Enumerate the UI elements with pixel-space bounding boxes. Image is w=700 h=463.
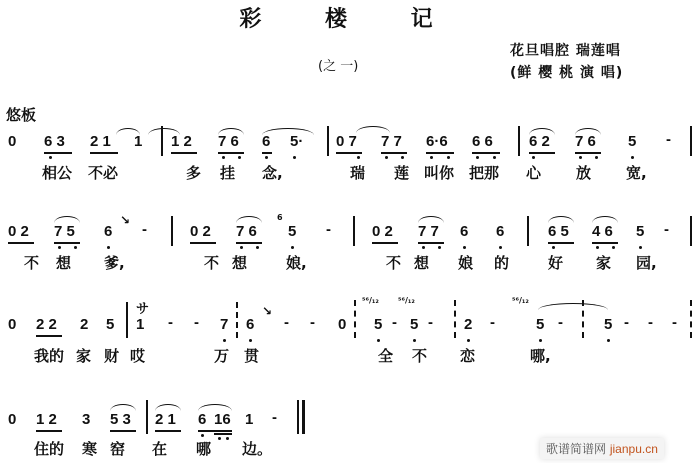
low-octave-dot: [579, 156, 582, 159]
lyric: 放: [576, 162, 591, 183]
lyric: 不必: [88, 162, 118, 183]
song-subtitle: (之 一): [318, 55, 358, 74]
note: 5·: [290, 133, 303, 150]
lyric: 把那: [469, 162, 499, 183]
note: 16: [214, 411, 231, 428]
dashed-bar-line: [236, 302, 238, 338]
slur: [155, 404, 181, 411]
underline: [592, 242, 618, 244]
lyric: 财: [104, 345, 119, 366]
lyric: 哪,: [530, 345, 551, 366]
note: 7 7: [418, 223, 439, 240]
note: 7 6: [218, 133, 239, 150]
note: 0 2: [372, 223, 393, 240]
underline: [372, 242, 398, 244]
bar-line: [171, 216, 173, 246]
low-octave-dot: [377, 339, 380, 342]
underline: [418, 242, 444, 244]
note: 6 5: [548, 223, 569, 240]
low-octave-dot: [595, 156, 598, 159]
slur: [236, 216, 262, 223]
note: 0 7: [336, 133, 357, 150]
low-octave-dot: [631, 156, 634, 159]
low-octave-dot: [357, 156, 360, 159]
free-tempo-mark: サ: [136, 298, 149, 317]
low-octave-dot: [476, 156, 479, 159]
double-underline: [214, 433, 232, 435]
low-octave-dot: [385, 156, 388, 159]
low-octave-dot: [249, 339, 252, 342]
dash: -: [284, 314, 289, 331]
note: 6 6: [472, 133, 493, 150]
note: 0: [8, 316, 16, 333]
lyric: 瑞: [350, 162, 365, 183]
note: 5: [628, 133, 636, 150]
note: 6 2: [529, 133, 550, 150]
dash: -: [672, 314, 677, 331]
song-title: 彩 楼 记: [0, 2, 700, 33]
note: 7 5: [54, 223, 75, 240]
note: 1: [245, 411, 253, 428]
slur: [538, 303, 608, 310]
bar-line: [690, 126, 692, 156]
low-octave-dot: [447, 156, 450, 159]
bar-line: [353, 216, 355, 246]
underline: [110, 430, 136, 432]
note: 7 7: [381, 133, 402, 150]
underline: [90, 152, 118, 154]
note: 6: [246, 316, 254, 333]
lyric: 我的: [34, 345, 64, 366]
slur: [110, 404, 136, 411]
lyric: 哎: [130, 345, 145, 366]
dash: -: [272, 409, 277, 426]
slur: [592, 216, 618, 223]
dash: -: [664, 221, 669, 238]
note: 5: [536, 316, 544, 333]
low-octave-dot: [256, 246, 259, 249]
lyric: 娘,: [286, 252, 307, 273]
underline: [548, 242, 574, 244]
grace-notes: ⁵⁶/₁₂: [512, 296, 529, 305]
lyric: 娘: [458, 252, 473, 273]
low-octave-dot: [107, 246, 110, 249]
underline: [426, 152, 454, 154]
final-bar-line-thick: [302, 400, 305, 434]
lyric: 好: [548, 252, 563, 273]
slur: [54, 216, 80, 223]
note: 0: [338, 316, 346, 333]
bar-line: [327, 126, 329, 156]
underline: [171, 152, 197, 154]
lyric: 莲: [394, 162, 409, 183]
lyric: 恋: [460, 345, 475, 366]
underline: [54, 242, 80, 244]
lyric: 想: [232, 252, 247, 273]
note: 5: [410, 316, 418, 333]
note: 2: [80, 316, 88, 333]
bar-line: [126, 302, 128, 338]
lyric: 不: [386, 252, 401, 273]
underline: [155, 430, 181, 432]
lyric: 在: [152, 438, 167, 459]
underline: [218, 152, 244, 154]
low-octave-dot: [552, 246, 555, 249]
note: 5: [374, 316, 382, 333]
low-octave-dot: [467, 339, 470, 342]
grace-notes: ⁵⁶/₁₂: [398, 296, 415, 305]
note: 1: [136, 316, 144, 333]
low-octave-dot: [607, 339, 610, 342]
low-octave-dot: [612, 246, 615, 249]
credits-performer: (鲜 樱 桃 演 唱): [510, 62, 623, 84]
slur: [356, 126, 390, 133]
low-octave-dot: [438, 246, 441, 249]
bar-line: [690, 216, 692, 246]
dash: -: [428, 314, 433, 331]
credits-role: 花旦唱腔 瑞莲唱: [510, 40, 623, 62]
lyric: 不: [204, 252, 219, 273]
note: 6: [198, 411, 206, 428]
note: 4 6: [592, 223, 613, 240]
low-octave-dot: [413, 339, 416, 342]
note: 7 6: [236, 223, 257, 240]
note: 6: [460, 223, 468, 240]
underline: [36, 430, 62, 432]
lyric: 边。: [242, 438, 272, 459]
dash: -: [310, 314, 315, 331]
low-octave-dot: [539, 339, 542, 342]
lyric: 挂: [220, 162, 235, 183]
note: 5: [636, 223, 644, 240]
lyric: 相公: [42, 162, 72, 183]
note: 7: [220, 316, 228, 333]
lyric: 念,: [262, 162, 283, 183]
underline: [529, 152, 555, 154]
dashed-bar-line: [690, 300, 692, 338]
low-octave-dot: [238, 156, 241, 159]
lyric: 住的: [34, 438, 64, 459]
bar-line: [161, 126, 163, 156]
lyric: 心: [526, 162, 541, 183]
low-octave-dot: [201, 434, 204, 437]
lyric: 寒: [82, 438, 97, 459]
dash: -: [648, 314, 653, 331]
grace-notes: ⁵⁶/₁₂: [362, 296, 379, 305]
low-octave-dot: [596, 246, 599, 249]
low-octave-dot: [49, 156, 52, 159]
low-octave-dot: [499, 246, 502, 249]
lyric: 园,: [636, 252, 657, 273]
dash: -: [392, 314, 397, 331]
underline: [44, 152, 72, 154]
note: 6 3: [44, 133, 65, 150]
dash: -: [558, 314, 563, 331]
lyric: 宽,: [626, 162, 647, 183]
underline: [190, 242, 216, 244]
lyric: 不: [412, 345, 427, 366]
underline: [36, 335, 62, 337]
dashed-bar-line: [454, 300, 456, 338]
low-octave-dot: [293, 156, 296, 159]
dash: -: [666, 131, 671, 148]
note: 0: [8, 411, 16, 428]
low-octave-dot: [223, 339, 226, 342]
note: 2 2: [36, 316, 57, 333]
note: 3: [82, 411, 90, 428]
watermark-url[interactable]: jianpu.cn: [610, 442, 658, 456]
note: 5 3: [110, 411, 131, 428]
low-octave-dot: [74, 246, 77, 249]
final-bar-line: [297, 400, 299, 434]
bar-line: [518, 126, 520, 156]
note: 0 2: [8, 223, 29, 240]
note: 2 1: [90, 133, 111, 150]
low-octave-dot: [639, 246, 642, 249]
lyric: 窑: [110, 438, 125, 459]
underline: [472, 152, 500, 154]
lyric: 叫你: [424, 162, 454, 183]
underline: [236, 242, 262, 244]
low-octave-dot: [58, 246, 61, 249]
note: 1: [134, 133, 142, 150]
low-octave-dot: [401, 156, 404, 159]
dash: -: [326, 221, 331, 238]
lyric: 家: [76, 345, 91, 366]
underline: [336, 152, 362, 154]
dash: -: [168, 314, 173, 331]
bar-line: [146, 400, 148, 434]
grace-note: 6: [277, 213, 283, 222]
low-octave-dot: [226, 437, 229, 440]
underline: [198, 430, 232, 432]
tempo-marking: 悠板: [6, 104, 36, 125]
note: 2 1: [155, 411, 176, 428]
note: 6: [496, 223, 504, 240]
low-octave-dot: [222, 156, 225, 159]
underline: [8, 242, 34, 244]
credits: 花旦唱腔 瑞莲唱 (鲜 樱 桃 演 唱): [510, 40, 623, 84]
dash: -: [194, 314, 199, 331]
lyric: 万: [214, 345, 229, 366]
lyric: 贯: [244, 345, 259, 366]
underline: [262, 152, 272, 154]
low-octave-dot: [532, 156, 535, 159]
note: 0: [8, 133, 16, 150]
lyric: 全: [378, 345, 393, 366]
note: 6·6: [426, 133, 448, 150]
bar-line: [527, 216, 529, 246]
low-octave-dot: [240, 246, 243, 249]
low-octave-dot: [463, 246, 466, 249]
lyric: 家: [596, 252, 611, 273]
underline: [575, 152, 601, 154]
glide-arrow-icon: ↘: [262, 304, 272, 318]
lyric: 的: [494, 252, 509, 273]
glide-arrow-icon: ↘: [120, 213, 130, 227]
note: 6: [262, 133, 270, 150]
dash: -: [490, 314, 495, 331]
note: 5: [106, 316, 114, 333]
watermark-text: 歌谱简谱网: [546, 442, 606, 456]
lyric: 想: [414, 252, 429, 273]
note: 7 6: [575, 133, 596, 150]
low-octave-dot: [493, 156, 496, 159]
slur: [548, 216, 574, 223]
low-octave-dot: [430, 156, 433, 159]
note: 2: [464, 316, 472, 333]
lyric: 爹,: [104, 252, 125, 273]
slur: [418, 216, 444, 223]
note: 0 2: [190, 223, 211, 240]
low-octave-dot: [422, 246, 425, 249]
lyric: 不: [24, 252, 39, 273]
lyric: 哪: [196, 438, 211, 459]
dash: -: [142, 221, 147, 238]
lyric: 多: [186, 162, 201, 183]
note: 6: [104, 223, 112, 240]
low-octave-dot: [291, 246, 294, 249]
note: 1 2: [36, 411, 57, 428]
watermark: 歌谱简谱网 jianpu.cn: [540, 438, 664, 459]
low-octave-dot: [218, 437, 221, 440]
slur: [198, 404, 232, 411]
note: 5: [288, 223, 296, 240]
lyric: 想: [56, 252, 71, 273]
dashed-bar-line: [354, 300, 356, 338]
note: 1 2: [171, 133, 192, 150]
dash: -: [624, 314, 629, 331]
underline: [381, 152, 407, 154]
low-octave-dot: [265, 156, 268, 159]
note: 5: [604, 316, 612, 333]
dashed-bar-line: [582, 300, 584, 338]
